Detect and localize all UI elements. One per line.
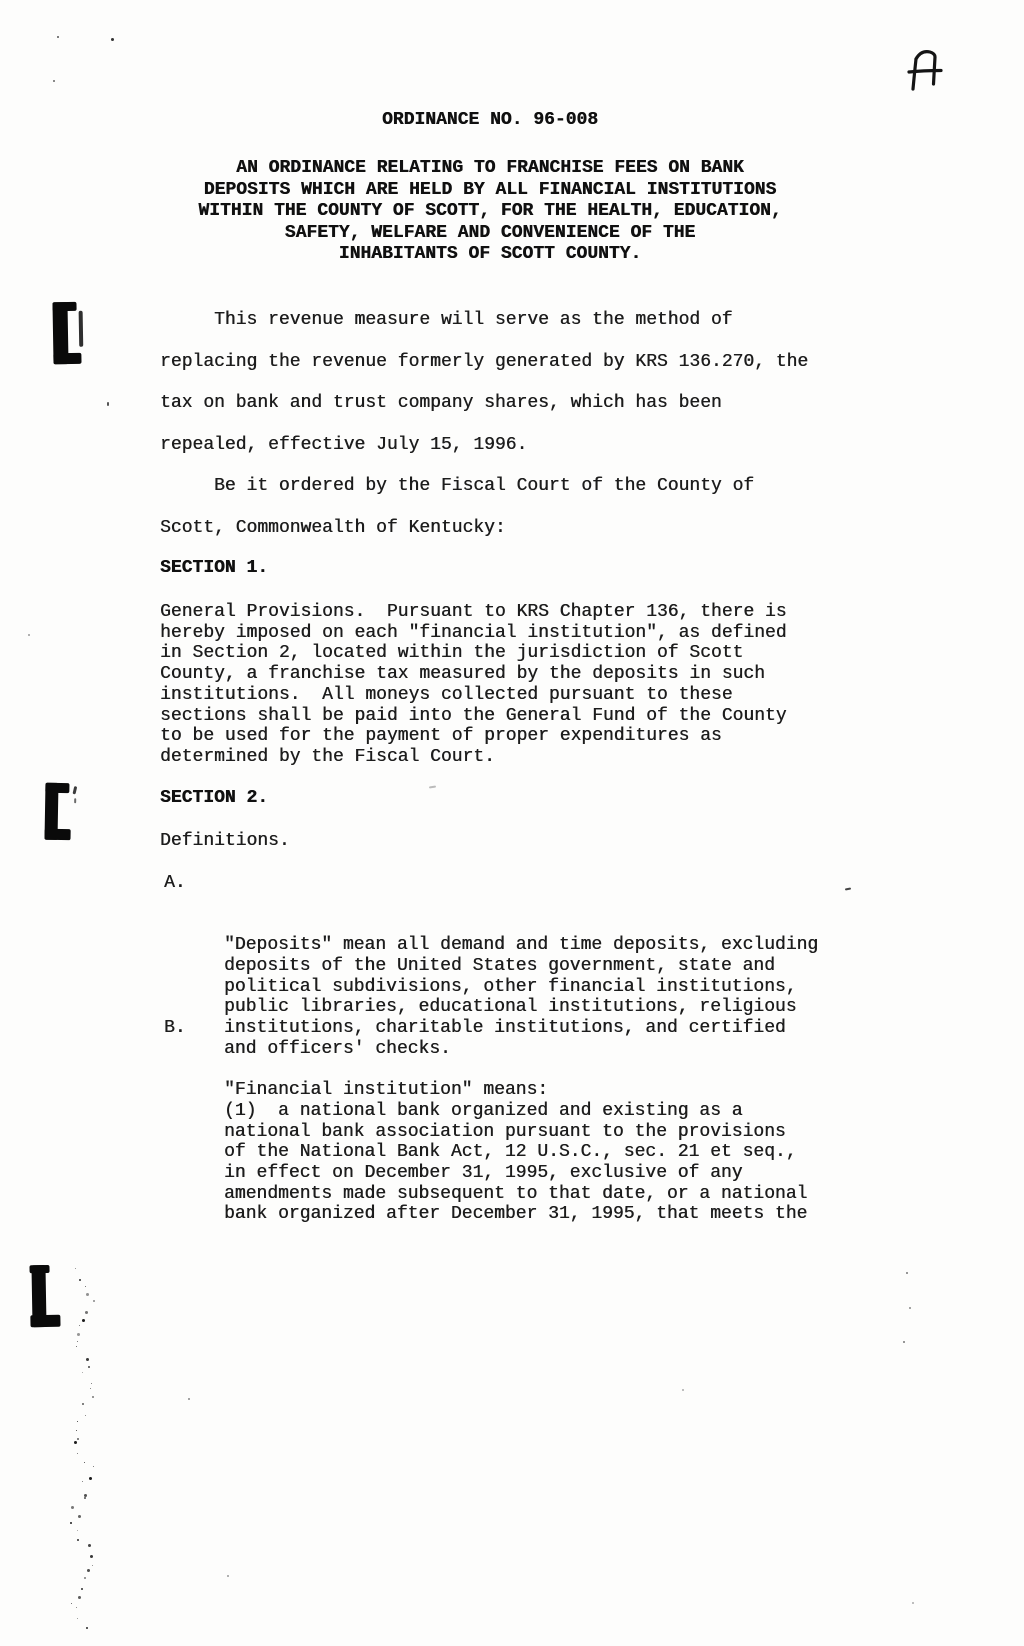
text-line: repealed, effective July 15, 1996. — [160, 425, 850, 467]
text-line: replacing the revenue formerly generated… — [160, 342, 850, 384]
speckle — [91, 1383, 92, 1384]
text-line: national bank association pursuant to th… — [224, 1122, 850, 1143]
scan-bracket-mark — [45, 783, 76, 841]
text-line: This revenue measure will serve as the m… — [160, 300, 850, 342]
speckle — [84, 1462, 85, 1463]
text-line: amendments made subsequent to that date,… — [224, 1184, 850, 1205]
speckle — [87, 1569, 90, 1572]
item-label: A. — [164, 873, 186, 894]
speckle — [85, 1311, 88, 1314]
text-line: tax on bank and trust company shares, wh… — [160, 383, 850, 425]
text-line: Scott, Commonwealth of Kentucky: — [160, 508, 850, 550]
text-line: DEPOSITS WHICH ARE HELD BY ALL FINANCIAL… — [160, 180, 820, 202]
speckle — [92, 1396, 94, 1398]
speckle — [77, 1539, 79, 1541]
scan-dot — [111, 38, 114, 41]
text-line: County, a franchise tax measured by the … — [160, 664, 850, 685]
speckle — [78, 1596, 81, 1599]
speckle — [75, 1268, 76, 1269]
speckle — [77, 1333, 80, 1336]
scan-dot — [188, 1398, 190, 1400]
speckle — [71, 1603, 72, 1604]
speckle — [84, 1577, 86, 1579]
text-line: General Provisions. Pursuant to KRS Chap… — [160, 602, 850, 623]
text-line: bank organized after December 31, 1995, … — [224, 1204, 850, 1225]
text-line: of the National Bank Act, 12 U.S.C., sec… — [224, 1142, 850, 1163]
speckle — [74, 1441, 77, 1444]
speckle — [82, 1319, 85, 1322]
speckle — [77, 1421, 78, 1422]
text-line: Be it ordered by the Fiscal Court of the… — [160, 466, 850, 508]
speckle — [90, 1555, 93, 1558]
text-line: WITHIN THE COUNTY OF SCOTT, FOR THE HEAL… — [160, 201, 820, 223]
speckle — [92, 1565, 93, 1566]
text-line: in Section 2, located within the jurisdi… — [160, 643, 850, 664]
text-line: AN ORDINANCE RELATING TO FRANCHISE FEES … — [160, 158, 820, 180]
speckle — [77, 1618, 78, 1619]
speckle — [76, 1430, 77, 1431]
ordinance-title: ORDINANCE NO. 96-008 — [160, 110, 820, 132]
scan-dot — [682, 1389, 684, 1391]
intro-paragraph: This revenue measure will serve as the m… — [160, 300, 850, 466]
text-line: SAFETY, WELFARE AND CONVENIENCE OF THE — [160, 223, 820, 245]
text-line: public libraries, educational institutio… — [224, 997, 850, 1018]
speckle — [76, 1346, 77, 1347]
speckle — [76, 1607, 77, 1608]
text-line: political subdivisions, other financial … — [224, 977, 850, 998]
speckle — [88, 1366, 90, 1368]
speckle — [79, 1279, 81, 1281]
speckle — [86, 1627, 88, 1629]
text-line: institutions. All moneys collected pursu… — [160, 685, 850, 706]
text-line: "Deposits" mean all demand and time depo… — [224, 935, 850, 956]
scan-dot — [57, 36, 59, 38]
definitions-subheading: Definitions. — [160, 831, 850, 852]
section-1-heading: SECTION 1. — [160, 558, 850, 579]
scan-dot — [28, 634, 30, 636]
speckle — [86, 1358, 89, 1361]
speckle — [79, 1325, 80, 1326]
ordinance-subtitle: AN ORDINANCE RELATING TO FRANCHISE FEES … — [160, 158, 820, 266]
speckle — [81, 1588, 83, 1590]
definition-item-b: B. "Financial institution" means:(1) a n… — [160, 1018, 850, 1266]
text-line: sections shall be paid into the General … — [160, 706, 850, 727]
handwritten-letter-mark — [905, 46, 949, 94]
text-line: determined by the Fiscal Court. — [160, 747, 850, 768]
scan-dot — [53, 80, 55, 82]
scan-dot — [909, 1307, 911, 1309]
text-line: in effect on December 31, 1995, exclusiv… — [224, 1163, 850, 1184]
speckle — [84, 1497, 86, 1499]
speckle — [93, 1300, 95, 1302]
text-line: to be used for the payment of proper exp… — [160, 726, 850, 747]
section-1-body: General Provisions. Pursuant to KRS Chap… — [160, 602, 850, 768]
speckle — [77, 1453, 78, 1454]
speckle — [86, 1293, 89, 1296]
scanned-document-page: ORDINANCE NO. 96-008 AN ORDINANCE RELATI… — [0, 0, 1024, 1646]
speckle — [85, 1286, 86, 1287]
ordering-clause: Be it ordered by the Fiscal Court of the… — [160, 466, 850, 549]
speckle — [77, 1530, 78, 1531]
scan-bracket-mark — [52, 302, 87, 365]
text-line: hereby imposed on each "financial instit… — [160, 623, 850, 644]
scan-dot — [903, 1341, 905, 1343]
speckle — [82, 1481, 83, 1482]
item-label: B. — [164, 1018, 186, 1039]
scan-dot — [107, 402, 109, 406]
scan-dot — [906, 1272, 908, 1274]
speckle — [88, 1544, 91, 1547]
speckle — [82, 1403, 84, 1405]
text-line: (1) a national bank organized and existi… — [224, 1101, 850, 1122]
scan-speckles — [62, 1262, 112, 1637]
speckle — [70, 1522, 72, 1524]
speckle — [82, 1372, 83, 1373]
text-line: deposits of the United States government… — [224, 956, 850, 977]
speckle — [77, 1438, 79, 1440]
scan-bracket-mark — [29, 1265, 62, 1328]
scan-dot — [912, 1602, 914, 1604]
speckle — [78, 1515, 81, 1518]
speckle — [77, 1341, 78, 1342]
item-text: "Financial institution" means:(1) a nati… — [224, 1080, 850, 1225]
speckle — [90, 1388, 91, 1389]
speckle — [85, 1415, 86, 1416]
text-line: INHABITANTS OF SCOTT COUNTY. — [160, 244, 820, 266]
section-2-heading: SECTION 2. — [160, 788, 850, 809]
text-line: "Financial institution" means: — [224, 1080, 850, 1101]
speckle — [71, 1506, 74, 1509]
speckle — [93, 1466, 94, 1467]
speckle — [89, 1477, 92, 1480]
scan-dot — [227, 1575, 229, 1577]
